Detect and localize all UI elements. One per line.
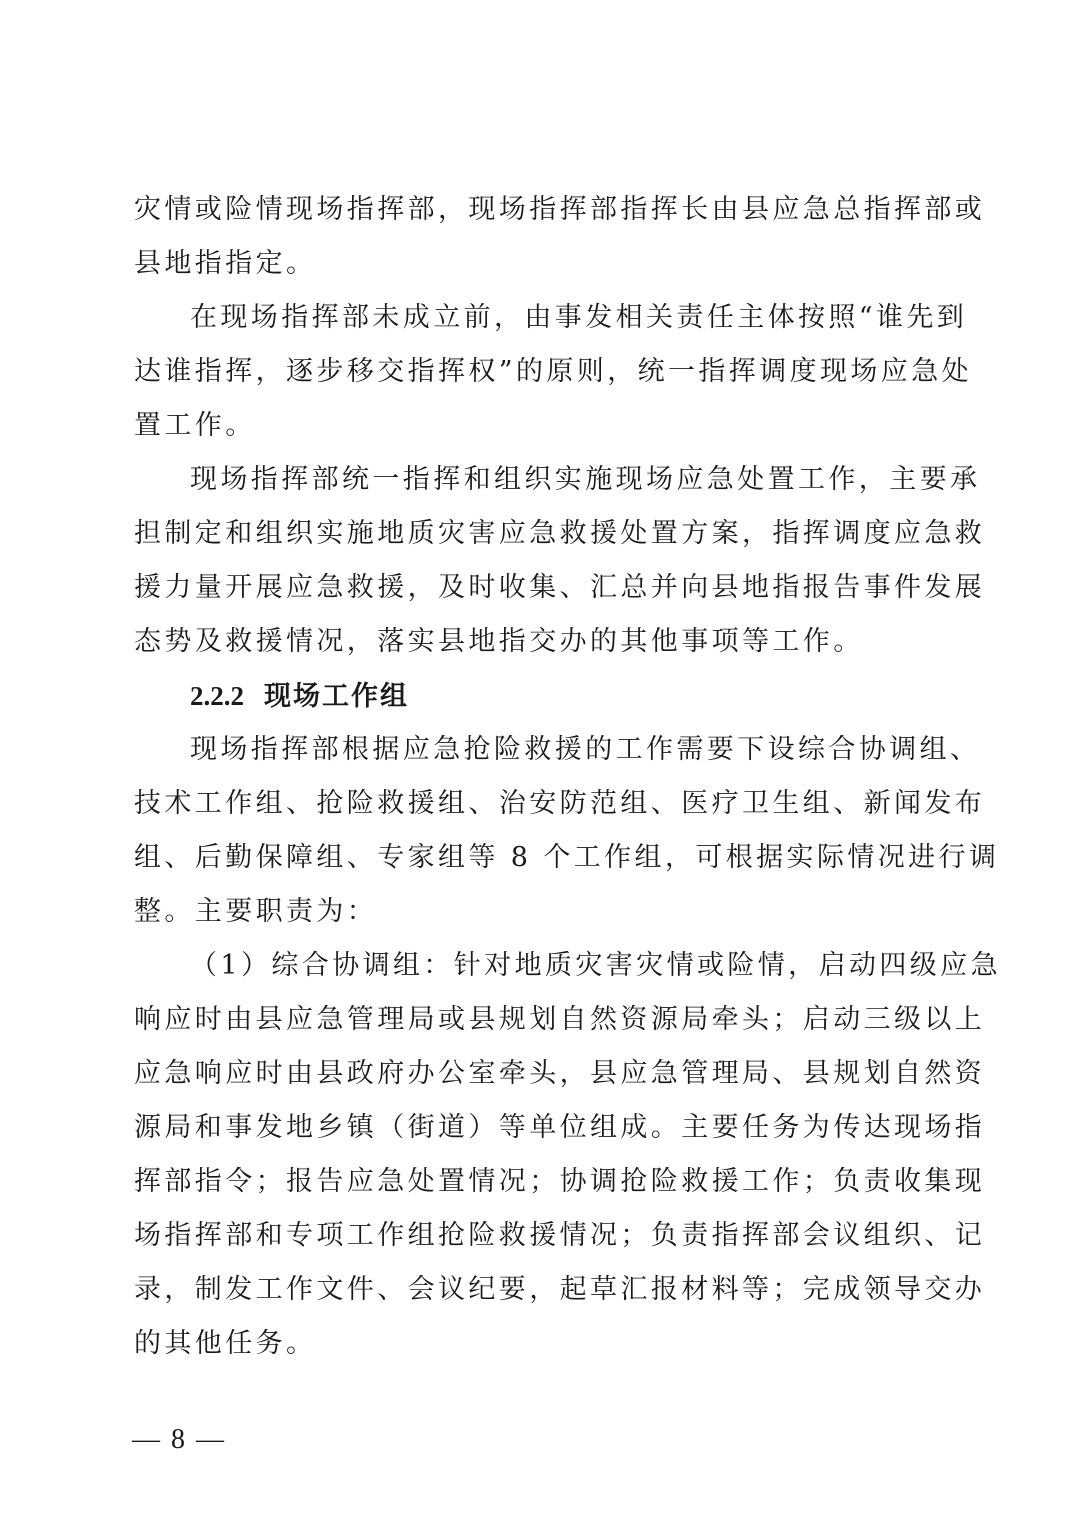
page-number: — 8 — (132, 1422, 226, 1458)
text-line: 响应时由县应急管理局或县规划自然资源局牵头；启动三级以上 (134, 1002, 942, 1042)
text-line: 担制定和组织实施地质灾害应急救援处置方案，指挥调度应急救 (134, 516, 942, 556)
text-line: 技术工作组、抢险救援组、治安防范组、医疗卫生组、新闻发布 (134, 786, 942, 826)
text-line: 组、后勤保障组、专家组等 8 个工作组，可根据实际情况进行调 (134, 840, 942, 880)
section-heading: 2.2.2现场工作组 (190, 678, 409, 715)
text-line: 援力量开展应急救援，及时收集、汇总并向县地指报告事件发展 (134, 570, 942, 610)
text-line: 场指挥部和专项工作组抢险救援情况；负责指挥部会议组织、记 (134, 1218, 942, 1258)
text-line: 整。主要职责为： (134, 894, 942, 934)
text-line: 现场指挥部统一指挥和组织实施现场应急处置工作，主要承 (190, 462, 942, 502)
text-line: 在现场指挥部未成立前，由事发相关责任主体按照“谁先到 (190, 300, 942, 340)
document-page: 灾情或险情现场指挥部，现场指挥部指挥长由县应急总指挥部或县地指指定。在现场指挥部… (0, 0, 1074, 1520)
text-line: 现场指挥部根据应急抢险救援的工作需要下设综合协调组、 (190, 732, 942, 772)
text-line: 置工作。 (134, 408, 942, 448)
section-number: 2.2.2 (190, 681, 244, 711)
text-line: 灾情或险情现场指挥部，现场指挥部指挥长由县应急总指挥部或 (134, 192, 942, 232)
text-line: （1）综合协调组：针对地质灾害灾情或险情，启动四级应急 (190, 948, 942, 988)
text-line: 达谁指挥，逐步移交指挥权”的原则，统一指挥调度现场应急处 (134, 354, 942, 394)
text-line: 态势及救援情况，落实县地指交办的其他事项等工作。 (134, 624, 942, 664)
text-line: 应急响应时由县政府办公室牵头，县应急管理局、县规划自然资 (134, 1056, 942, 1096)
text-line: 录，制发工作文件、会议纪要，起草汇报材料等；完成领导交办 (134, 1272, 942, 1312)
text-line: 挥部指令；报告应急处置情况；协调抢险救援工作；负责收集现 (134, 1164, 942, 1204)
text-line: 源局和事发地乡镇（街道）等单位组成。主要任务为传达现场指 (134, 1110, 942, 1150)
text-line: 县地指指定。 (134, 246, 942, 286)
text-line: 的其他任务。 (134, 1326, 942, 1366)
section-title: 现场工作组 (264, 681, 409, 712)
